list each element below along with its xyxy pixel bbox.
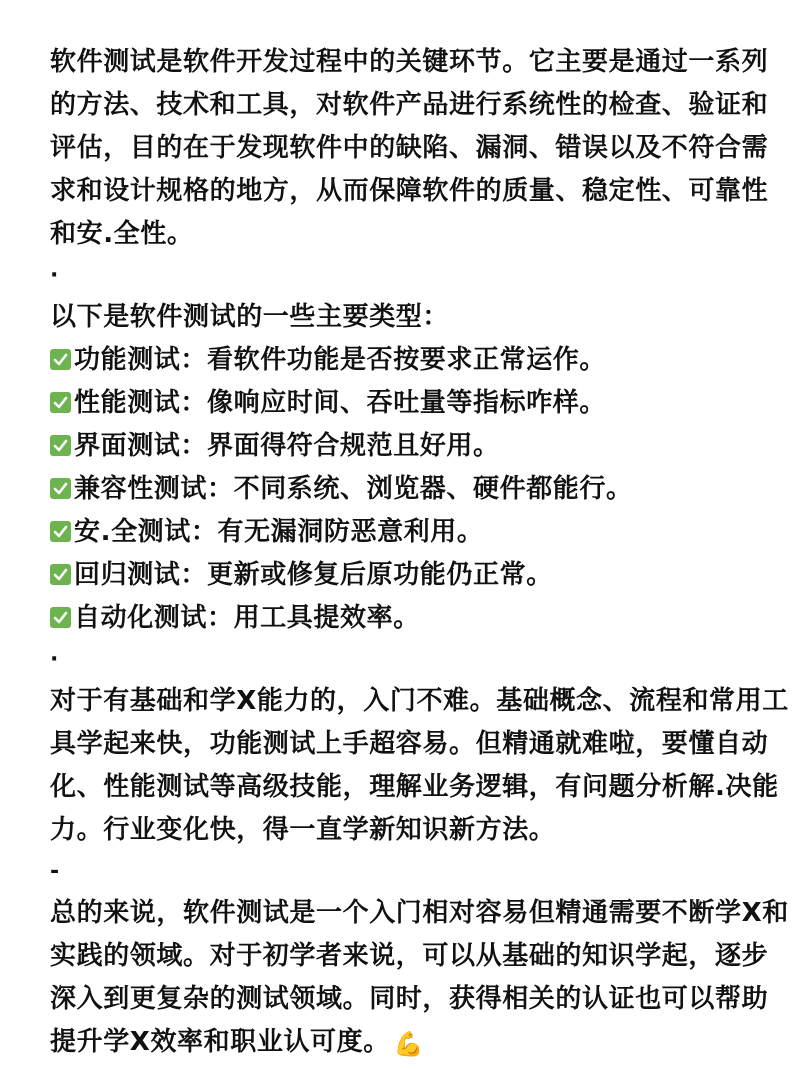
intro-line: 软件测试是软件开发过程中的关键环节。它主要是通过一系列 bbox=[50, 41, 770, 84]
test-type-label: 性能测试：像响应时间、吞吐量等指标咋样。 bbox=[74, 388, 606, 418]
intro-line: 和安.全性。 bbox=[50, 213, 770, 256]
test-type-item: 功能测试：看软件功能是否按要求正常运作。 bbox=[50, 339, 770, 382]
summary-line-last: 提升学X效率和职业认可度。💪 bbox=[50, 1021, 770, 1064]
test-type-item: 性能测试：像响应时间、吞吐量等指标咋样。 bbox=[50, 382, 770, 425]
intro-paragraph: 软件测试是软件开发过程中的关键环节。它主要是通过一系列 的方法、技术和工具，对软… bbox=[50, 41, 770, 256]
summary-line: 实践的领域。对于初学者来说，可以从基础的知识学起，逐步 bbox=[50, 935, 770, 978]
check-mark-icon bbox=[50, 521, 71, 542]
test-type-item: 兼容性测试：不同系统、浏览器、硬件都能行。 bbox=[50, 468, 770, 511]
difficulty-line: 具学起来快，功能测试上手超容易。但精通就难啦，要懂自动 bbox=[50, 723, 770, 766]
test-type-item: 界面测试：界面得符合规范且好用。 bbox=[50, 425, 770, 468]
test-type-item: 安.全测试：有无漏洞防恶意利用。 bbox=[50, 511, 770, 554]
intro-line: 评估，目的在于发现软件中的缺陷、漏洞、错误以及不符合需 bbox=[50, 127, 770, 170]
intro-line: 的方法、技术和工具，对软件产品进行系统性的检查、验证和 bbox=[50, 84, 770, 127]
check-mark-icon bbox=[50, 349, 71, 370]
check-mark-icon bbox=[50, 392, 71, 413]
test-type-label: 功能测试：看软件功能是否按要求正常运作。 bbox=[74, 345, 606, 375]
difficulty-paragraph: 对于有基础和学X能力的，入门不难。基础概念、流程和常用工 具学起来快，功能测试上… bbox=[50, 680, 770, 852]
article: 软件测试是软件开发过程中的关键环节。它主要是通过一系列 的方法、技术和工具，对软… bbox=[50, 41, 770, 1064]
flexed-biceps-icon: 💪 bbox=[394, 1023, 424, 1066]
test-type-label: 兼容性测试：不同系统、浏览器、硬件都能行。 bbox=[74, 474, 633, 504]
check-mark-icon bbox=[50, 435, 71, 456]
test-types-section: 以下是软件测试的一些主要类型： 功能测试：看软件功能是否按要求正常运作。 性能测… bbox=[50, 296, 770, 640]
test-type-item: 自动化测试：用工具提效率。 bbox=[50, 597, 770, 640]
test-type-label: 自动化测试：用工具提效率。 bbox=[74, 603, 420, 633]
difficulty-line: 力。行业变化快，得一直学新知识新方法。 bbox=[50, 809, 770, 852]
check-mark-icon bbox=[50, 607, 71, 628]
intro-line: 求和设计规格的地方，从而保障软件的质量、稳定性、可靠性 bbox=[50, 170, 770, 213]
test-type-label: 回归测试：更新或修复后原功能仍正常。 bbox=[74, 560, 553, 590]
difficulty-line: 对于有基础和学X能力的，入门不难。基础概念、流程和常用工 bbox=[50, 680, 770, 723]
check-mark-icon bbox=[50, 564, 71, 585]
summary-line: 总的来说，软件测试是一个入门相对容易但精通需要不断学X和 bbox=[50, 892, 770, 935]
section-heading: 以下是软件测试的一些主要类型： bbox=[50, 296, 770, 339]
test-type-label: 界面测试：界面得符合规范且好用。 bbox=[74, 431, 500, 461]
test-type-label: 安.全测试：有无漏洞防恶意利用。 bbox=[74, 517, 483, 547]
difficulty-line: 化、性能测试等高级技能，理解业务逻辑，有问题分析解.决能 bbox=[50, 766, 770, 809]
separator-dot: · bbox=[50, 640, 770, 680]
summary-paragraph: 总的来说，软件测试是一个入门相对容易但精通需要不断学X和 实践的领域。对于初学者… bbox=[50, 892, 770, 1064]
check-mark-icon bbox=[50, 478, 71, 499]
summary-line: 提升学X效率和职业认可度。 bbox=[50, 1027, 390, 1057]
separator-dash: - bbox=[50, 852, 770, 892]
test-type-item: 回归测试：更新或修复后原功能仍正常。 bbox=[50, 554, 770, 597]
separator-dot: · bbox=[50, 256, 770, 296]
summary-line: 深入到更复杂的测试领域。同时，获得相关的认证也可以帮助 bbox=[50, 978, 770, 1021]
